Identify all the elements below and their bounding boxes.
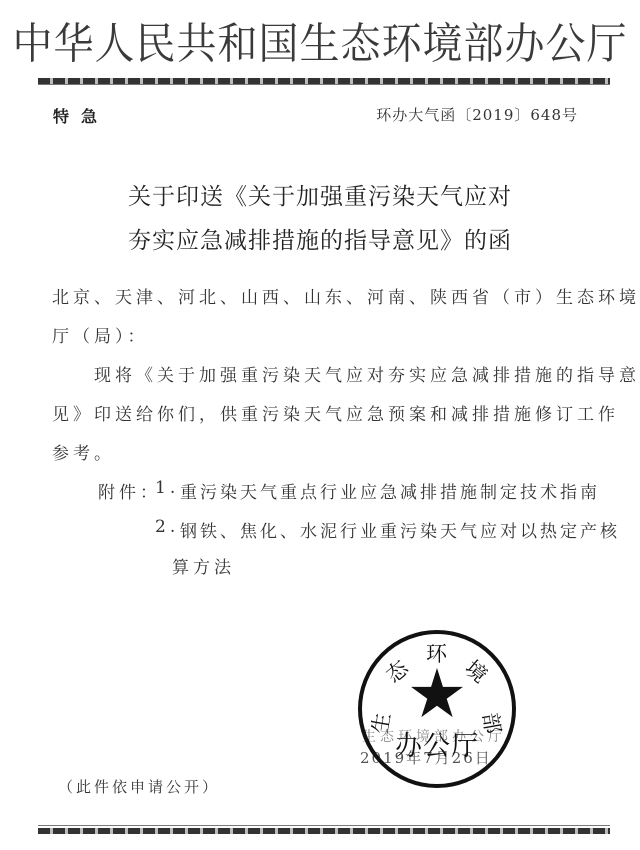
paragraph-line-3: 参考。: [52, 439, 115, 464]
disclosure-note: （此件依申请公开）: [58, 776, 220, 797]
urgency-label: 特急: [53, 104, 109, 127]
seal-bottom-text: 办公厅: [362, 724, 512, 763]
attachment-2-title-line-2: 算方法: [172, 553, 235, 578]
addressee-line-1: 北京、天津、河北、山西、山东、河南、陕西省（市）生态环境: [52, 283, 640, 308]
addressee-line-2: 厅（局）：: [52, 322, 149, 347]
seal-char-4: 境: [459, 653, 494, 689]
document-number: 环办大气函〔2019〕648号: [376, 104, 578, 125]
official-seal: 生 态 环 境 部 办公厅: [358, 630, 516, 788]
footer-divider: [38, 828, 610, 834]
star-icon: [410, 668, 464, 722]
paragraph-line-2: 见》印送给你们，供重污染天气应急预案和减排措施修订工作: [52, 400, 619, 425]
organization-header: 中华人民共和国生态环境部办公厅: [0, 10, 640, 72]
attachment-1-number: 1.: [155, 478, 179, 498]
document-title-line-2: 夯实应急减排措施的指导意见》的函: [0, 222, 640, 255]
header-divider: [38, 78, 610, 84]
attachment-2-title-line-1: 钢铁、焦化、水泥行业重污染天气应对以热定产核: [180, 517, 620, 542]
seal-char-3: 环: [426, 638, 447, 668]
attachments-label: 附件：: [98, 478, 161, 503]
document-title-line-1: 关于印送《关于加强重污染天气应对: [0, 178, 640, 211]
attachment-2-number: 2.: [155, 517, 179, 537]
paragraph-line-1: 现将《关于加强重污染天气应对夯实应急减排措施的指导意: [52, 361, 640, 386]
seal-char-2: 态: [379, 653, 414, 689]
attachment-1-title: 重污染天气重点行业应急减排措施制定技术指南: [180, 478, 600, 503]
